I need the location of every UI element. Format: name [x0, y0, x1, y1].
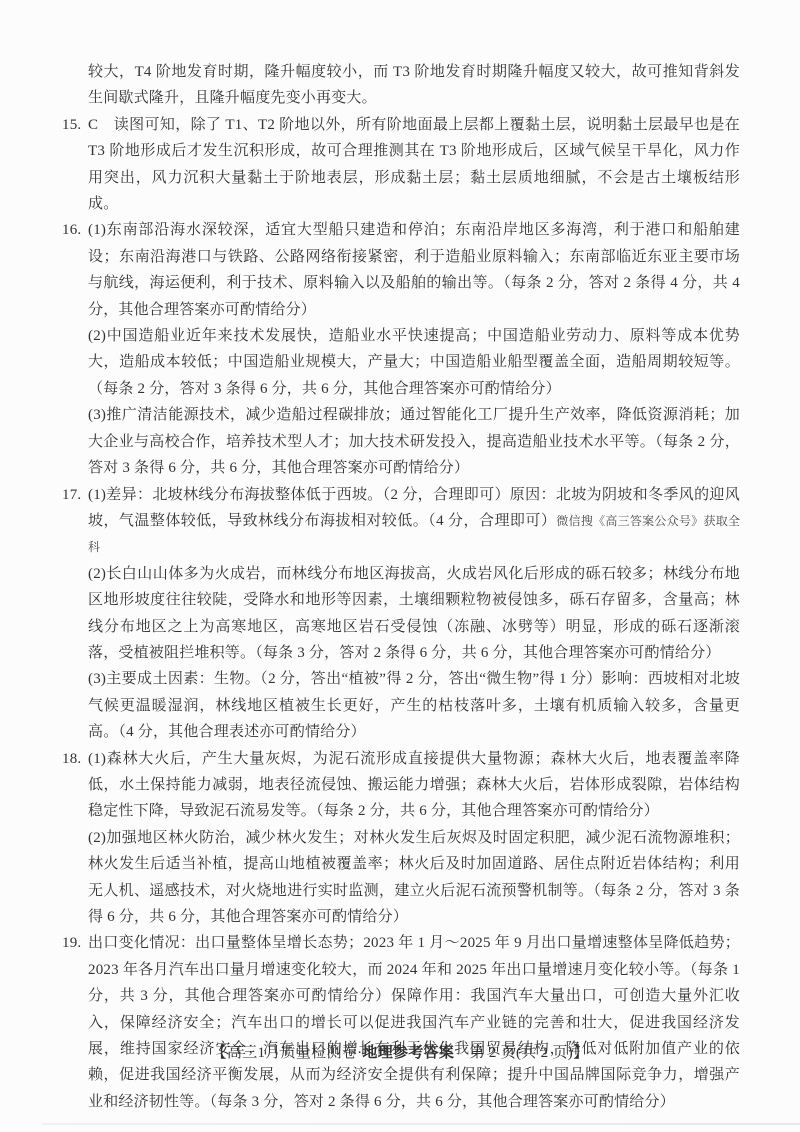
- answer-sheet-page: 较大，T4 阶地发育时期，隆升幅度较小，而 T3 阶地发育时期隆升幅度又较大，故…: [0, 0, 800, 1132]
- answer-item-16: 16. (1)东南部沿海水深较深，适宜大型船只建造和停泊；东南沿岸地区多海湾，利…: [62, 217, 740, 481]
- footer-prefix: 【高三1月质量检测卷·: [212, 1045, 363, 1061]
- answers-content: 较大，T4 阶地发育时期，隆升幅度较小，而 T3 阶地发育时期隆升幅度又较大，故…: [62, 59, 740, 1115]
- intro-continuation-paragraph: 较大，T4 阶地发育时期，隆升幅度较小，而 T3 阶地发育时期隆升幅度又较大，故…: [88, 59, 740, 112]
- footer-subject-title: 地理参考答案: [362, 1045, 454, 1061]
- answer-17-paragraph-3: (3)主要成土因素：生物。（2 分，答出“植被”得 2 分，答出“微生物”得 1…: [88, 666, 740, 745]
- footer-page-indicator: 第 2 页(共 2 页)】: [454, 1045, 588, 1061]
- answer-item-19: 19. 出口变化情况：出口量整体呈增长态势；2023 年 1 月～2025 年 …: [62, 930, 740, 1115]
- answer-18-paragraph-1: (1)森林大火后，产生大量灰烬，为泥石流形成直接提供大量物源；森林大火后，地表覆…: [88, 746, 740, 825]
- answer-item-18: 18. (1)森林大火后，产生大量灰烬，为泥石流形成直接提供大量物源；森林大火后…: [62, 746, 740, 931]
- intro-continuation-block: 较大，T4 阶地发育时期，隆升幅度较小，而 T3 阶地发育时期隆升幅度又较大，故…: [62, 59, 740, 112]
- question-number-17: 17.: [62, 482, 81, 508]
- answer-15-paragraph-1: C 读图可知，除了 T1、T2 阶地以外，所有阶地面最上层都上覆黏土层，说明黏土…: [88, 112, 740, 218]
- answer-16-paragraph-2: (2)中国造船业近年来技术发展快，造船业水平快速提高；中国造船业劳动力、原料等成…: [88, 323, 740, 402]
- question-number-18: 18.: [62, 746, 81, 772]
- question-number-19: 19.: [62, 930, 81, 956]
- answer-16-paragraph-3: (3)推广清洁能源技术，减少造船过程碳排放；通过智能化工厂提升生产效率，降低资源…: [88, 402, 740, 481]
- answer-item-15: 15. C 读图可知，除了 T1、T2 阶地以外，所有阶地面最上层都上覆黏土层，…: [62, 112, 740, 218]
- question-number-16: 16.: [62, 217, 81, 243]
- answer-item-17: 17. (1)差异：北坡林线分布海拔整体低于西坡。（2 分，合理即可）原因：北坡…: [62, 482, 740, 746]
- answer-18-paragraph-2: (2)加强地区林火防治，减少林火发生；对林火发生后灰烬及时固定积肥，减少泥石流物…: [88, 825, 740, 931]
- page-footer: 【高三1月质量检测卷·地理参考答案 第 2 页(共 2 页)】: [0, 1041, 800, 1062]
- page-bottom-divider: [42, 1123, 800, 1125]
- answer-16-paragraph-1: (1)东南部沿海水深较深，适宜大型船只建造和停泊；东南沿岸地区多海湾，利于港口和…: [88, 217, 740, 323]
- answer-19-paragraph-1: 出口变化情况：出口量整体呈增长态势；2023 年 1 月～2025 年 9 月出…: [88, 930, 740, 1115]
- answer-17-paragraph-1: (1)差异：北坡林线分布海拔整体低于西坡。（2 分，合理即可）原因：北坡为阴坡和…: [88, 482, 740, 561]
- question-number-15: 15.: [62, 112, 81, 138]
- answer-17-paragraph-2: (2)长白山山体多为火成岩，而林线分布地区海拔高，火成岩风化后形成的砾石较多；林…: [88, 561, 740, 667]
